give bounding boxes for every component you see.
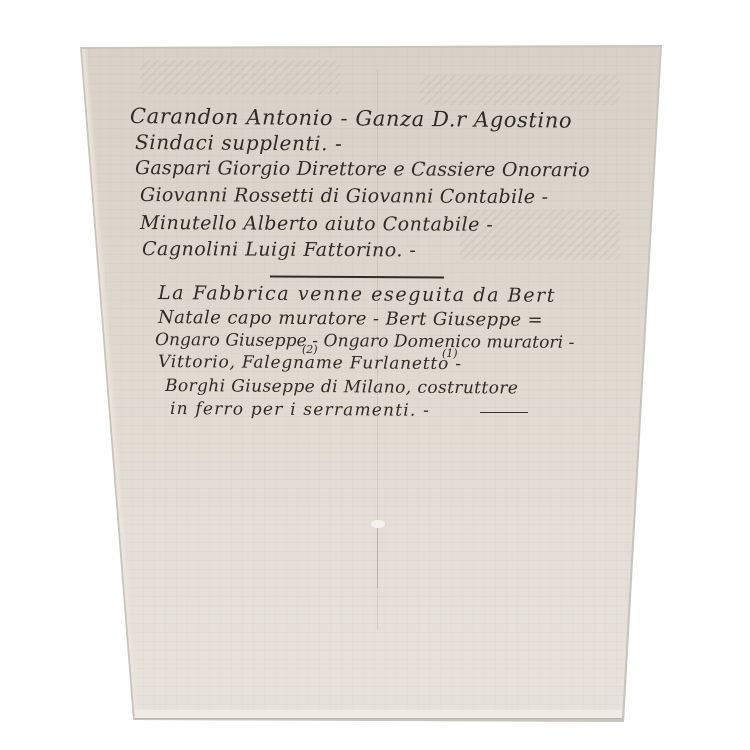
text-line: Borghi Giuseppe di Milano, costruttore bbox=[165, 376, 518, 398]
text-line: Sindaci supplenti. - bbox=[135, 130, 343, 155]
text-line: in ferro per i serramenti. - bbox=[170, 399, 430, 421]
handwritten-text: Carandon Antonio - Ganza D.r Agostino Si… bbox=[0, 0, 750, 750]
text-line: Giovanni Rossetti di Giovanni Contabile … bbox=[140, 184, 548, 208]
text-line: Minutello Alberto aiuto Contabile - bbox=[140, 212, 493, 236]
text-line: Carandon Antonio - Ganza D.r Agostino bbox=[130, 104, 572, 133]
closing-dash bbox=[480, 412, 528, 413]
text-line: Ongaro Giuseppe - Ongaro Domenico murato… bbox=[155, 330, 575, 353]
footnote-mark: (1) bbox=[442, 347, 458, 360]
document-photo: Carandon Antonio - Ganza D.r Agostino Si… bbox=[0, 0, 750, 750]
footnote-mark: (2) bbox=[302, 343, 318, 356]
text-line: Cagnolini Luigi Fattorino. - bbox=[142, 238, 416, 261]
text-line: Gaspari Giorgio Direttore e Cassiere Ono… bbox=[135, 157, 590, 181]
text-line: La Fabbrica venne eseguita da Bert bbox=[158, 282, 556, 307]
text-line: Natale capo muratore - Bert Giuseppe = bbox=[158, 307, 543, 331]
section-divider bbox=[270, 276, 444, 278]
